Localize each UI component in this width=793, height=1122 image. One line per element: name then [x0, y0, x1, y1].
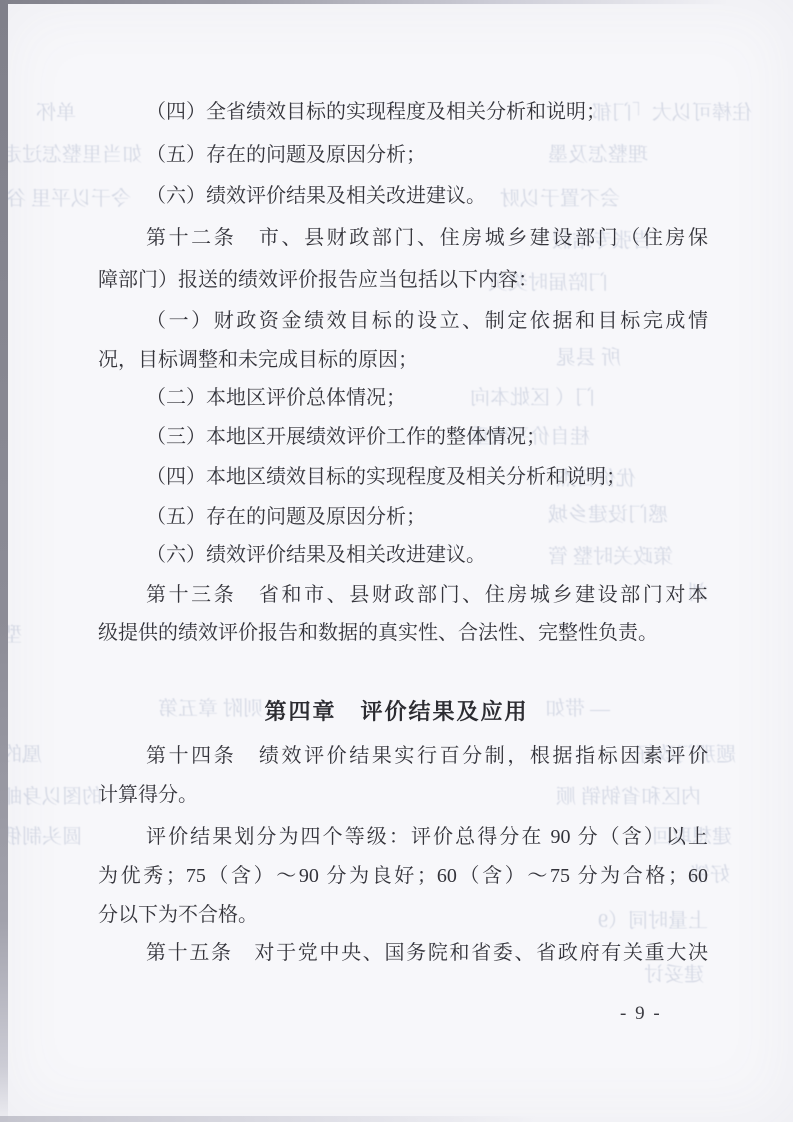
document-line: （四）本地区绩效目标的实现程度及相关分析和说明；: [98, 462, 708, 492]
scanned-document-page: 单怀 住棒可以大「门郁 如当里整怎过走 理整怎及墨 令干以平里 谷 会不置于以财…: [0, 0, 793, 1122]
document-line: 为优秀；75（含）～90 分为良好；60（含）～75 分为合格；60: [98, 861, 708, 891]
document-line: （一）财政资金绩效目标的设立、制定依据和目标完成情: [98, 306, 708, 336]
bleedthrough-text: 型: [2, 622, 22, 648]
bleedthrough-text: 圆头制俄: [2, 824, 82, 850]
document-line: 评价结果划分为四个等级：评价总得分在 90 分（含）以上: [98, 822, 708, 852]
page-number: - 9 -: [620, 1002, 662, 1026]
document-line: 第十三条 省和市、县财政部门、住房城乡建设部门对本: [98, 580, 708, 610]
document-line: 第十五条 对于党中央、国务院和省委、省政府有关重大决: [98, 938, 708, 968]
document-line: （五）存在的问题及原因分析；: [98, 502, 708, 532]
chapter-heading: 第四章 评价结果及应用: [0, 696, 793, 728]
document-line: （二）本地区评价总体情况；: [98, 383, 708, 413]
scan-edge-top: [0, 0, 793, 4]
document-line: 第十二条 市、县财政部门、住房城乡建设部门（住房保: [98, 223, 708, 253]
scan-edge-bottom: [0, 1116, 539, 1122]
document-line: 级提供的绩效评价报告和数据的真实性、合法性、完整性负责。: [98, 618, 708, 648]
document-line: （四）全省绩效目标的实现程度及相关分析和说明；: [98, 97, 708, 127]
scan-edge-left: [0, 0, 8, 1122]
document-line: （三）本地区开展绩效评价工作的整体情况；: [98, 422, 708, 452]
document-line: （六）绩效评价结果及相关改进建议。: [98, 181, 708, 211]
bleedthrough-text: 单怀: [36, 100, 76, 126]
document-line: （五）存在的问题及原因分析；: [98, 140, 708, 170]
bleedthrough-text: 凰的: [2, 742, 42, 768]
document-line: 障部门）报送的绩效评价报告应当包括以下内容：: [98, 265, 708, 295]
document-line: 计算得分。: [98, 780, 708, 810]
document-line: 况，目标调整和未完成目标的原因；: [98, 345, 708, 375]
document-line: 第十四条 绩效评价结果实行百分制，根据指标因素评价: [98, 741, 708, 771]
document-line: （六）绩效评价结果及相关改进建议。: [98, 540, 708, 570]
document-line: 分以下为不合格。: [98, 900, 708, 930]
bleedthrough-text: 的图以身邮: [2, 784, 102, 810]
